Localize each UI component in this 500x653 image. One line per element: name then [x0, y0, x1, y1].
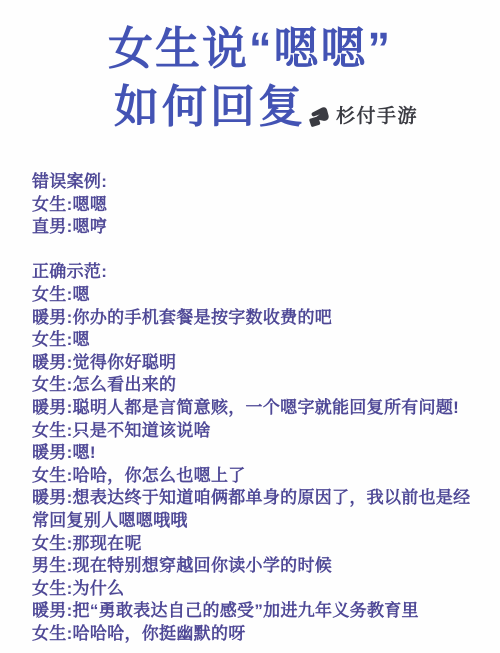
dialogue-line: 女生:嗯	[32, 284, 486, 307]
dialogue-line: 女生:只是不知道该说啥	[32, 420, 486, 443]
dialogue-line: 男生:现在特别想穿越回你读小学的时候	[32, 555, 486, 578]
brand-watermark: 杉付手游	[308, 103, 418, 129]
poster-page: 女生说“嗯嗯” 如何回复 杉付手游 错误案例: 女生:嗯嗯 直男:嗯哼 正确示范…	[0, 0, 500, 653]
dialogue-line: 暖男:想表达终于知道咱俩都单身的原因了，我以前也是经常回复别人嗯嗯哦哦	[32, 487, 486, 532]
dialogue-line: 直男:嗯哼	[32, 216, 486, 239]
section-wrong-example: 错误案例: 女生:嗯嗯 直男:嗯哼	[32, 171, 486, 239]
wrong-example-heading: 错误案例:	[32, 171, 486, 194]
dialogue-line: 女生:哈哈，你怎么也嗯上了	[32, 465, 486, 488]
dialogue-line: 女生:那现在呢	[32, 533, 486, 556]
dialogue-line: 女生:怎么看出来的	[32, 374, 486, 397]
dialogue-body: 错误案例: 女生:嗯嗯 直男:嗯哼 正确示范: 女生:嗯 暖男:你办的手机套餐是…	[32, 171, 486, 645]
title-line-2-row: 如何回复 杉付手游	[16, 78, 500, 136]
page-title-line-2: 如何回复	[114, 78, 306, 136]
hand-pay-icon	[308, 103, 332, 129]
dialogue-line: 暖男:你办的手机套餐是按字数收费的吧	[32, 307, 486, 330]
section-right-example: 正确示范: 女生:嗯 暖男:你办的手机套餐是按字数收费的吧 女生:嗯 暖男:觉得…	[32, 261, 486, 645]
dialogue-line: 暖男:嗯!	[32, 442, 486, 465]
page-title-line-1: 女生说“嗯嗯”	[0, 20, 500, 78]
dialogue-line: 女生:哈哈哈，你挺幽默的呀	[32, 623, 486, 646]
dialogue-line: 暖男:聪明人都是言简意赅，一个嗯字就能回复所有问题!	[32, 397, 486, 420]
right-example-heading: 正确示范:	[32, 261, 486, 284]
dialogue-line: 暖男:把“勇敢表达自己的感受”加进九年义务教育里	[32, 600, 486, 623]
dialogue-line: 女生:为什么	[32, 578, 486, 601]
title-block: 女生说“嗯嗯” 如何回复 杉付手游	[0, 0, 500, 136]
dialogue-line: 女生:嗯嗯	[32, 194, 486, 217]
dialogue-line: 女生:嗯	[32, 329, 486, 352]
brand-name: 杉付手游	[336, 107, 418, 126]
dialogue-line: 暖男:觉得你好聪明	[32, 352, 486, 375]
